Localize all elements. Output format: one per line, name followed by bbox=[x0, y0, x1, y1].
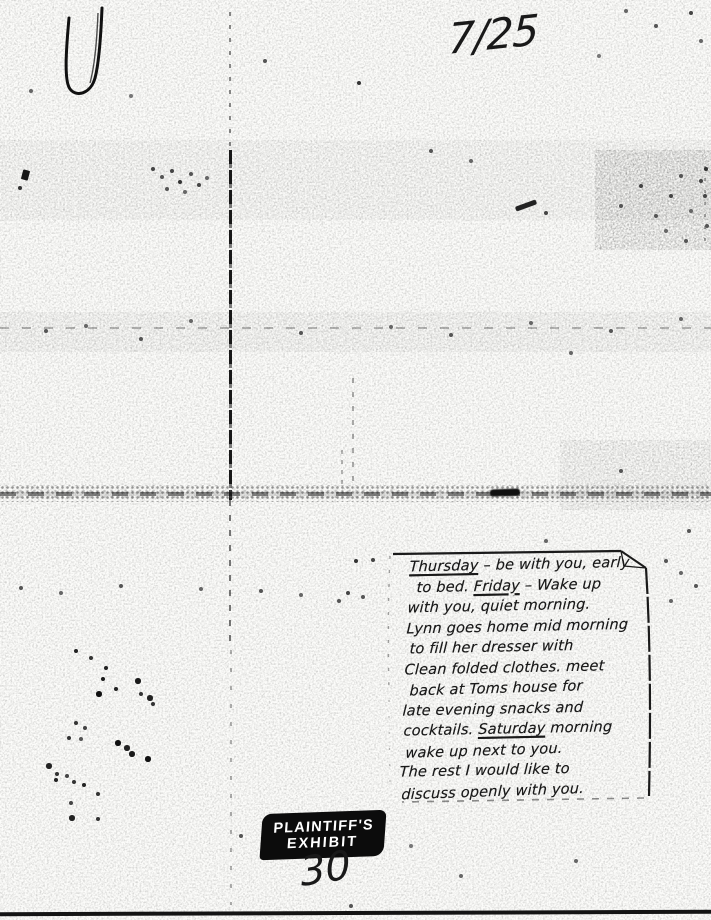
vertical-fold-line-tail bbox=[230, 650, 232, 905]
faint-vertical-streak bbox=[352, 378, 354, 486]
scanned-document-page: 7/25 Thursday – be with you, earlyto bed… bbox=[0, 0, 711, 920]
handwritten-date: 7/25 bbox=[447, 5, 539, 64]
note-text: Thursday – be with you, earlyto bed. Fri… bbox=[398, 552, 654, 803]
scan-noise-cluster-top-right bbox=[595, 150, 711, 250]
horizontal-smudge-band bbox=[0, 485, 711, 502]
horizontal-crease-line bbox=[0, 327, 711, 329]
page-edge-line bbox=[0, 910, 711, 916]
scan-noise-strip-upper bbox=[0, 140, 711, 220]
right-edge-marks bbox=[704, 166, 706, 246]
faint-vertical-streak-2 bbox=[341, 450, 343, 488]
vertical-fold-line-top bbox=[229, 12, 231, 150]
smudge-band-dark-spot bbox=[490, 488, 520, 496]
paperclip-icon bbox=[55, 5, 125, 105]
sticker-line1: PLAINTIFF'S bbox=[273, 817, 374, 837]
handwritten-note: Thursday – be with you, earlyto bed. Fri… bbox=[378, 540, 662, 808]
vertical-fold-line-lower bbox=[229, 500, 231, 650]
exhibit-number: 30 bbox=[298, 842, 352, 896]
scan-noise-strip-middle bbox=[0, 312, 711, 352]
vertical-fold-line-middle bbox=[229, 150, 232, 500]
ink-blot-artifact bbox=[21, 169, 30, 180]
small-smudge-artifact bbox=[515, 199, 537, 211]
scan-noise-speckles bbox=[0, 0, 2, 2]
